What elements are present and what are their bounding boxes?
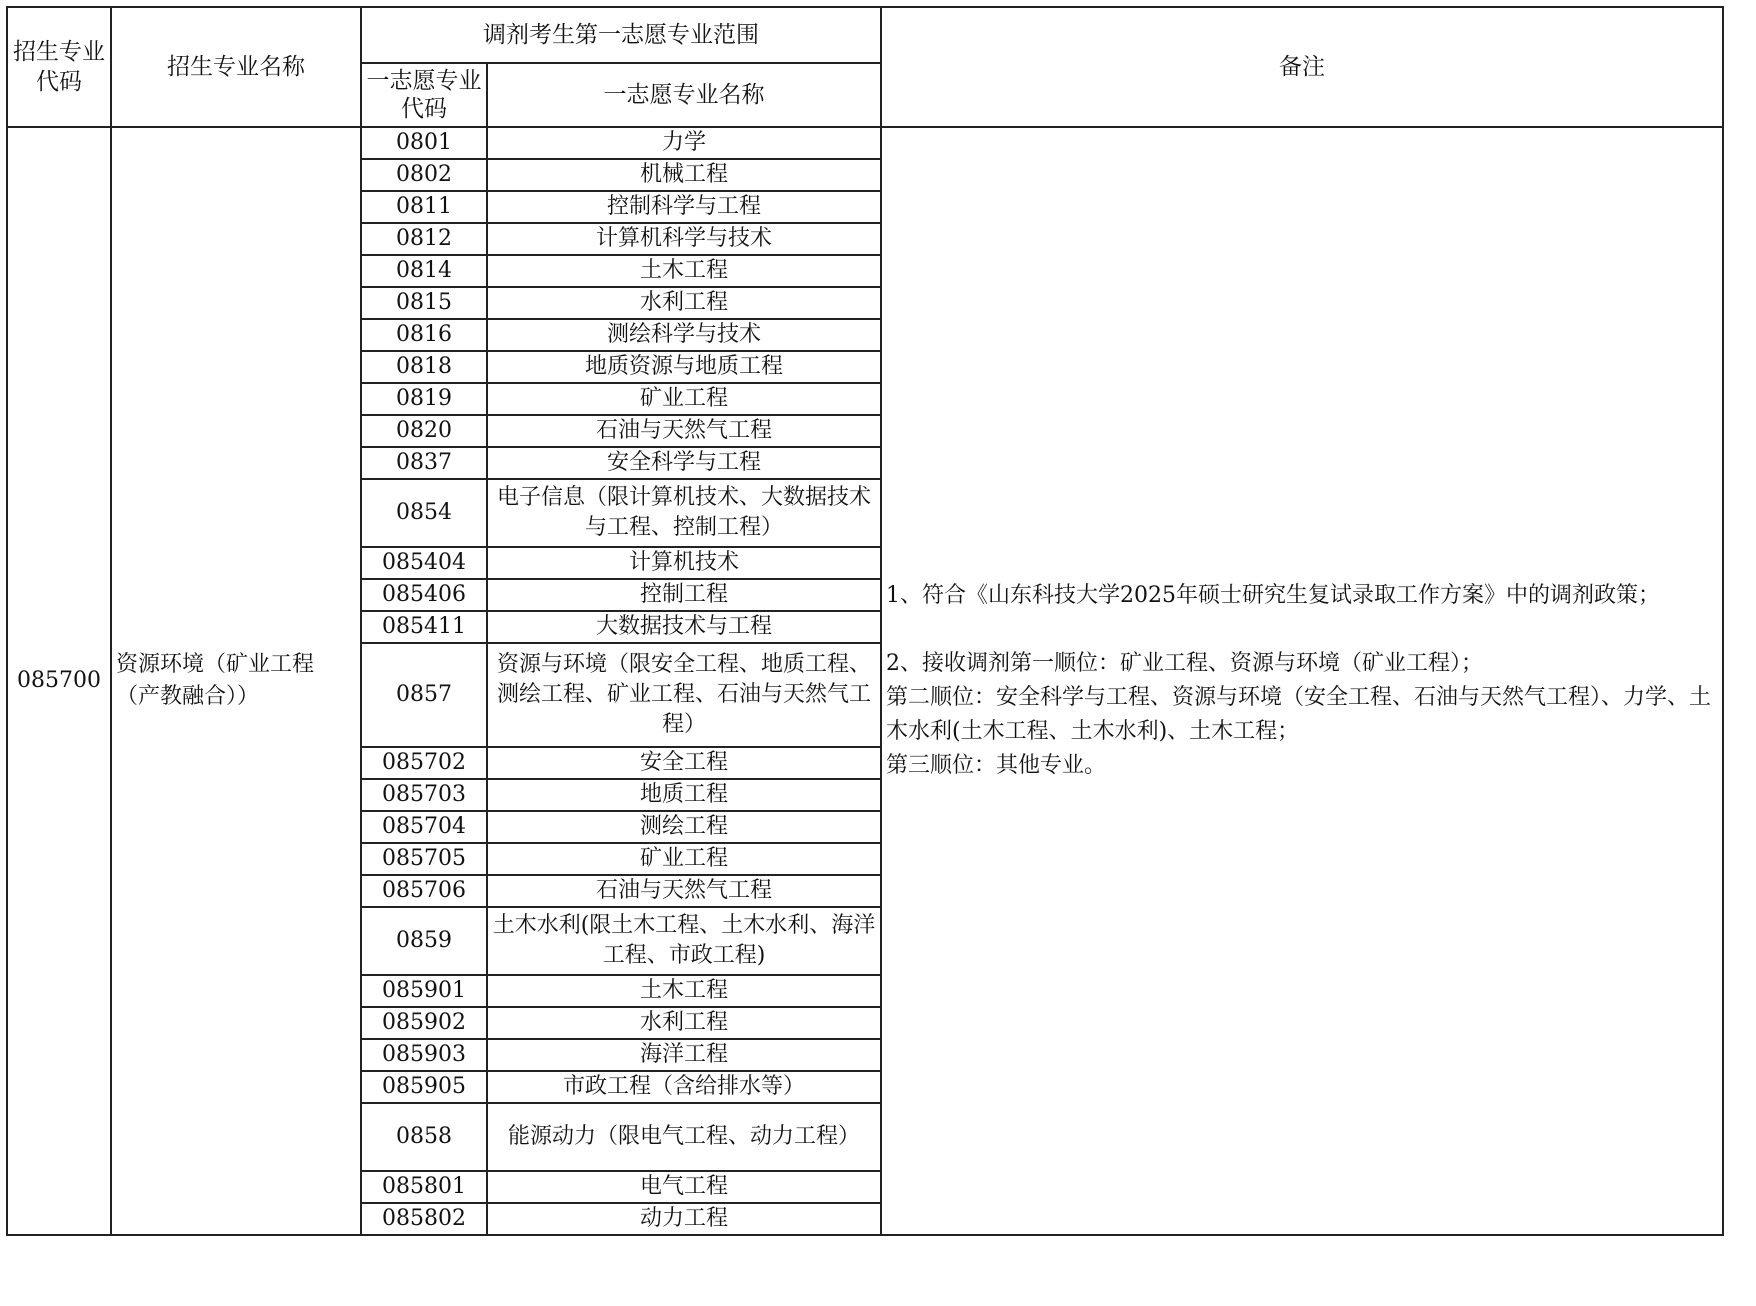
first-choice-code: 0812 bbox=[361, 223, 487, 255]
first-choice-name: 市政工程（含给排水等） bbox=[487, 1071, 881, 1103]
table-row: 085700资源环境（矿业工程（产教融合））0801力学1、符合《山东科技大学2… bbox=[7, 127, 1723, 159]
first-choice-code: 0859 bbox=[361, 907, 487, 975]
first-choice-name: 控制工程 bbox=[487, 579, 881, 611]
first-choice-name: 石油与天然气工程 bbox=[487, 875, 881, 907]
remarks-p2-l2: 第二顺位：安全科学与工程、资源与环境（安全工程、石油与天然气工程）、力学、土木水… bbox=[886, 681, 1718, 749]
first-choice-code: 085702 bbox=[361, 747, 487, 779]
first-choice-name: 安全工程 bbox=[487, 747, 881, 779]
first-choice-code: 085802 bbox=[361, 1203, 487, 1235]
header-first-choice-code: 一志愿专业代码 bbox=[361, 63, 487, 127]
header-first-choice-name: 一志愿专业名称 bbox=[487, 63, 881, 127]
first-choice-code: 085901 bbox=[361, 975, 487, 1007]
first-choice-name: 力学 bbox=[487, 127, 881, 159]
first-choice-code: 0818 bbox=[361, 351, 487, 383]
table-body: 085700资源环境（矿业工程（产教融合））0801力学1、符合《山东科技大学2… bbox=[7, 127, 1723, 1235]
first-choice-code: 085801 bbox=[361, 1171, 487, 1203]
first-choice-code: 0802 bbox=[361, 159, 487, 191]
first-choice-code: 085411 bbox=[361, 611, 487, 643]
remarks-cell: 1、符合《山东科技大学2025年硕士研究生复试录取工作方案》中的调剂政策；2、接… bbox=[881, 127, 1723, 1235]
first-choice-name: 矿业工程 bbox=[487, 383, 881, 415]
program-code: 085700 bbox=[7, 127, 111, 1235]
first-choice-code: 0854 bbox=[361, 479, 487, 547]
first-choice-code: 085903 bbox=[361, 1039, 487, 1071]
first-choice-code: 085705 bbox=[361, 843, 487, 875]
first-choice-code: 085902 bbox=[361, 1007, 487, 1039]
first-choice-name: 计算机科学与技术 bbox=[487, 223, 881, 255]
first-choice-name: 石油与天然气工程 bbox=[487, 415, 881, 447]
first-choice-code: 0819 bbox=[361, 383, 487, 415]
remarks-p1: 1、符合《山东科技大学2025年硕士研究生复试录取工作方案》中的调剂政策； bbox=[886, 579, 1718, 613]
first-choice-code: 085905 bbox=[361, 1071, 487, 1103]
first-choice-name: 资源与环境（限安全工程、地质工程、测绘工程、矿业工程、石油与天然气工程） bbox=[487, 643, 881, 747]
first-choice-name: 地质资源与地质工程 bbox=[487, 351, 881, 383]
first-choice-code: 0814 bbox=[361, 255, 487, 287]
first-choice-code: 085704 bbox=[361, 811, 487, 843]
header-remarks: 备注 bbox=[881, 7, 1723, 127]
remarks-p2-l3: 第三顺位：其他专业。 bbox=[886, 749, 1718, 783]
first-choice-name: 安全科学与工程 bbox=[487, 447, 881, 479]
first-choice-code: 0858 bbox=[361, 1103, 487, 1171]
header-program-code: 招生专业代码 bbox=[7, 7, 111, 127]
first-choice-name: 能源动力（限电气工程、动力工程） bbox=[487, 1103, 881, 1171]
first-choice-name: 测绘工程 bbox=[487, 811, 881, 843]
first-choice-name: 测绘科学与技术 bbox=[487, 319, 881, 351]
adjustment-table: 招生专业代码 招生专业名称 调剂考生第一志愿专业范围 备注 一志愿专业代码 一志… bbox=[6, 6, 1724, 1236]
first-choice-code: 0820 bbox=[361, 415, 487, 447]
first-choice-name: 电气工程 bbox=[487, 1171, 881, 1203]
first-choice-name: 土木水利(限土木工程、土木水利、海洋工程、市政工程) bbox=[487, 907, 881, 975]
first-choice-name: 控制科学与工程 bbox=[487, 191, 881, 223]
first-choice-name: 矿业工程 bbox=[487, 843, 881, 875]
first-choice-code: 085706 bbox=[361, 875, 487, 907]
first-choice-code: 0837 bbox=[361, 447, 487, 479]
header-first-choice-range: 调剂考生第一志愿专业范围 bbox=[361, 7, 881, 63]
first-choice-name: 水利工程 bbox=[487, 287, 881, 319]
first-choice-code: 085703 bbox=[361, 779, 487, 811]
header-program-name: 招生专业名称 bbox=[111, 7, 361, 127]
first-choice-code: 085404 bbox=[361, 547, 487, 579]
first-choice-code: 085406 bbox=[361, 579, 487, 611]
first-choice-name: 计算机技术 bbox=[487, 547, 881, 579]
first-choice-name: 地质工程 bbox=[487, 779, 881, 811]
remarks-spacer bbox=[886, 613, 1718, 647]
first-choice-name: 动力工程 bbox=[487, 1203, 881, 1235]
remarks-p2-l1: 2、接收调剂第一顺位：矿业工程、资源与环境（矿业工程）； bbox=[886, 647, 1718, 681]
first-choice-code: 0811 bbox=[361, 191, 487, 223]
first-choice-name: 大数据技术与工程 bbox=[487, 611, 881, 643]
first-choice-code: 0857 bbox=[361, 643, 487, 747]
first-choice-name: 土木工程 bbox=[487, 255, 881, 287]
first-choice-name: 土木工程 bbox=[487, 975, 881, 1007]
first-choice-code: 0815 bbox=[361, 287, 487, 319]
first-choice-name: 电子信息（限计算机技术、大数据技术与工程、控制工程） bbox=[487, 479, 881, 547]
program-name: 资源环境（矿业工程（产教融合）） bbox=[111, 127, 361, 1235]
first-choice-code: 0816 bbox=[361, 319, 487, 351]
first-choice-name: 海洋工程 bbox=[487, 1039, 881, 1071]
first-choice-name: 机械工程 bbox=[487, 159, 881, 191]
first-choice-code: 0801 bbox=[361, 127, 487, 159]
first-choice-name: 水利工程 bbox=[487, 1007, 881, 1039]
